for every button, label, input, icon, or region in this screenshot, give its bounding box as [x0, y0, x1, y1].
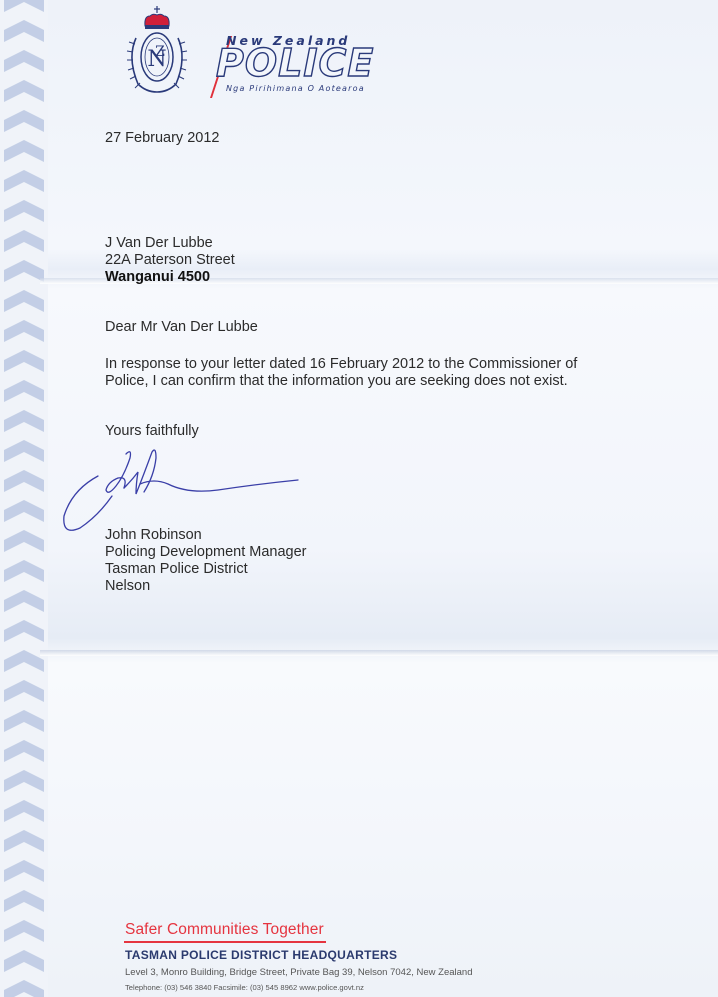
signatory-name: John Robinson [105, 527, 202, 543]
salutation: Dear Mr Van Der Lubbe [105, 319, 258, 335]
body-line: In response to your letter dated 16 Febr… [105, 356, 577, 372]
footer-tagline: Safer Communities Together [125, 921, 324, 939]
recipient-name: J Van Der Lubbe [105, 235, 213, 251]
footer-contact: Telephone: (03) 546 3840 Facsimile: (03)… [125, 983, 364, 992]
body-line: Police, I can confirm that the informati… [105, 373, 568, 389]
recipient-city: Wanganui 4500 [105, 269, 210, 285]
closing: Yours faithfully [105, 423, 199, 439]
paper-fold-line [40, 650, 718, 656]
handwritten-signature-icon [58, 446, 308, 540]
footer-address: Level 3, Monro Building, Bridge Street, … [125, 967, 472, 978]
signatory-title: Policing Development Manager [105, 544, 307, 560]
logo-wordmark: POLICE [216, 43, 374, 83]
nz-police-crest-icon: N Z [124, 4, 190, 98]
recipient-street: 22A Paterson Street [105, 252, 235, 268]
footer-divider [124, 941, 326, 943]
letter-date: 27 February 2012 [105, 130, 219, 146]
signatory-location: Nelson [105, 578, 150, 594]
footer-headquarters: TASMAN POLICE DISTRICT HEADQUARTERS [125, 948, 397, 962]
chevron-pattern-icon [0, 0, 48, 997]
svg-text:Z: Z [155, 44, 165, 60]
police-logo: N Z New Zealand POLICE Nga Pirihimana O … [124, 4, 394, 98]
logo-maori-name: Nga Pirihimana O Aotearoa [226, 84, 365, 93]
chevron-border [0, 0, 48, 997]
signatory-district: Tasman Police District [105, 561, 248, 577]
